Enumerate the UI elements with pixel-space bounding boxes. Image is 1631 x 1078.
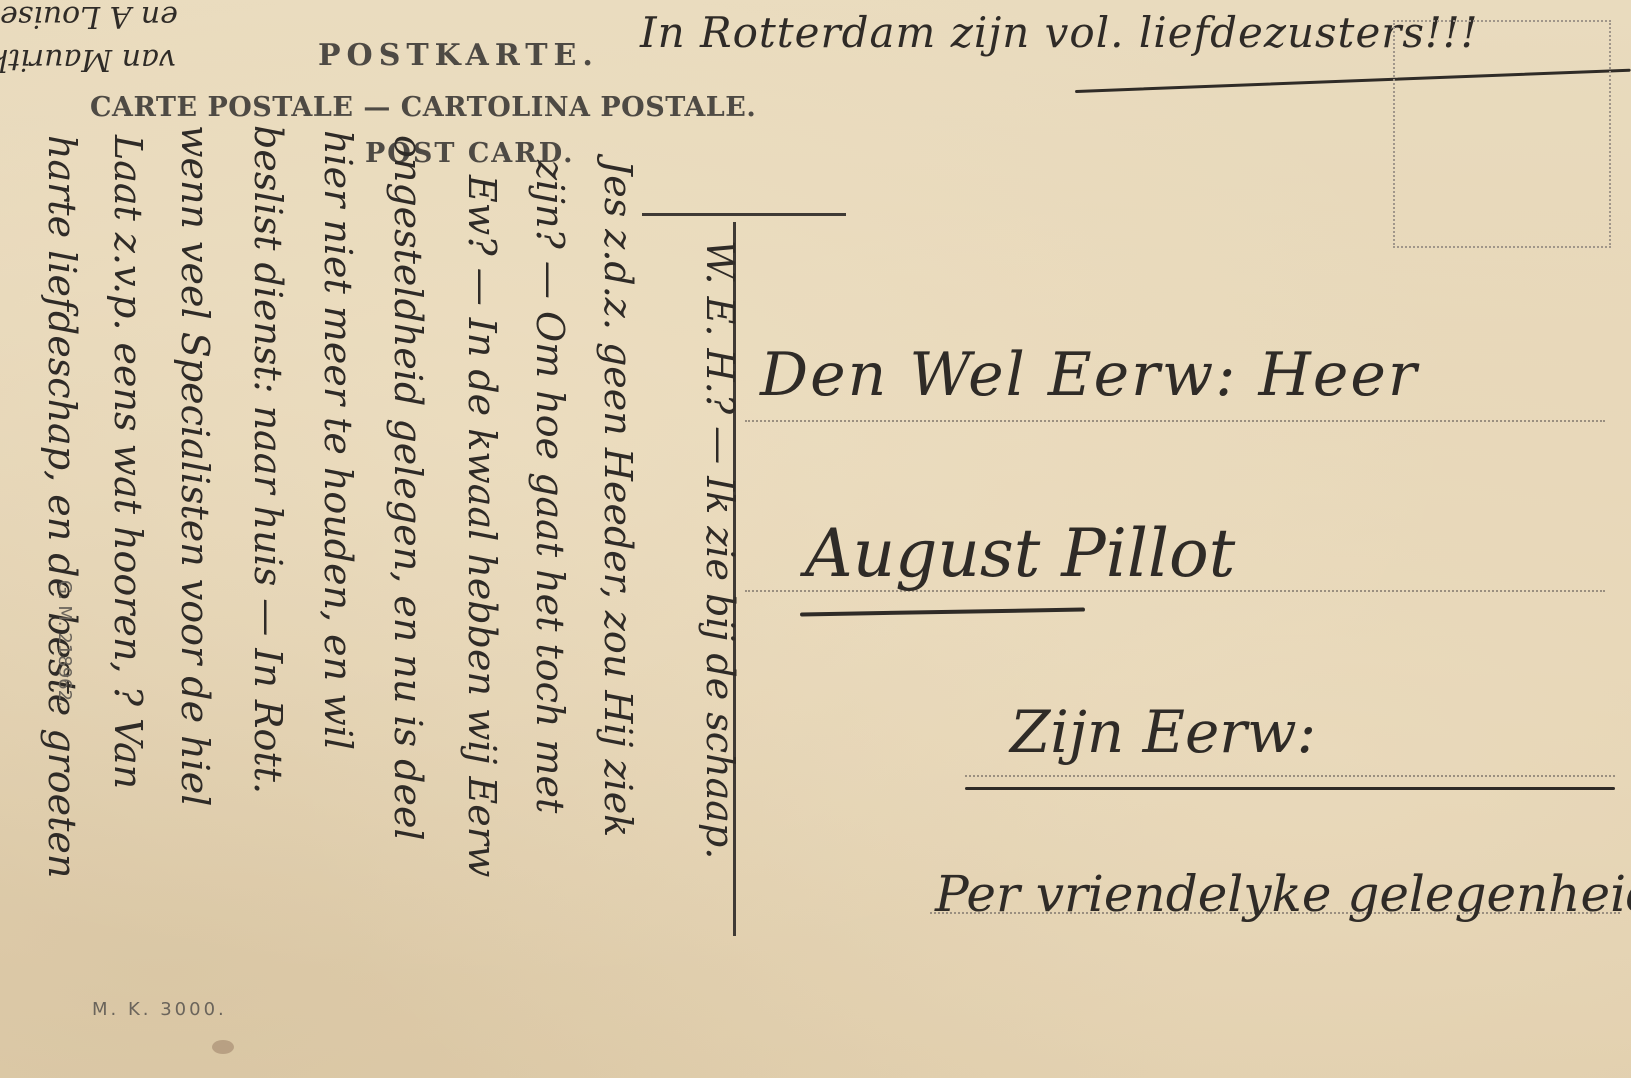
stamp-placeholder-box	[1393, 20, 1611, 248]
ink-stain	[212, 1040, 234, 1054]
address-delivery-note: Per vriendelyke gelegenheid	[935, 865, 1631, 923]
heading-postkarte: POSTKARTE.	[318, 38, 599, 73]
corner-note: en A Louise van Mauritk	[0, 0, 310, 104]
publisher-code: M. K. 3000.	[92, 999, 227, 1020]
corner-note-line1: en A Louise	[0, 0, 178, 34]
message-text: wenn veel Specialisten voor de hiel	[175, 125, 215, 806]
address-line-3-rule	[965, 775, 1615, 777]
heading-carte-postale: CARTE POSTALE — CARTOLINA POSTALE.	[90, 92, 756, 123]
message-text: hier niet meer te houden, en wil	[318, 130, 358, 750]
address-name: August Pillot	[805, 515, 1235, 592]
message-text: Ew? — In de kwaal hebben wij Eerw	[462, 175, 502, 877]
corner-note-line2: van Mauritk	[0, 42, 176, 77]
top-handwritten-note: In Rotterdam zijn vol. liefdezusters!!!	[640, 8, 1479, 57]
address-name-underline	[800, 608, 1085, 617]
address-salutation: Den Wel Eerw: Heer	[760, 340, 1419, 410]
message-text: beslist dienst: naar huis — In Rott.	[248, 125, 288, 794]
message-text: zijn? — Om hoe gaat het toch met	[530, 160, 570, 813]
message-text: W. E. H.? — Ik zie bij de schaap.	[700, 240, 740, 859]
message-text: Laat z.v.p. eens wat hooren, ? Van	[108, 135, 148, 789]
registration-code: G. M. 218962.	[54, 580, 80, 820]
address-title: Zijn Eerw:	[1010, 698, 1316, 766]
message-text: Jes z.d.z. geen Heeder, zou Hij ziek	[598, 160, 638, 837]
registration-code-text: G. M. 218962.	[54, 580, 75, 707]
address-title-underline	[965, 787, 1615, 790]
message-text: ongesteldheid gelegen, en nu is deel	[388, 135, 428, 841]
address-line-1-rule	[745, 420, 1605, 422]
divider-horizontal	[642, 213, 846, 216]
postcard-back: en A Louise van Mauritk POSTKARTE. CARTE…	[0, 0, 1631, 1078]
